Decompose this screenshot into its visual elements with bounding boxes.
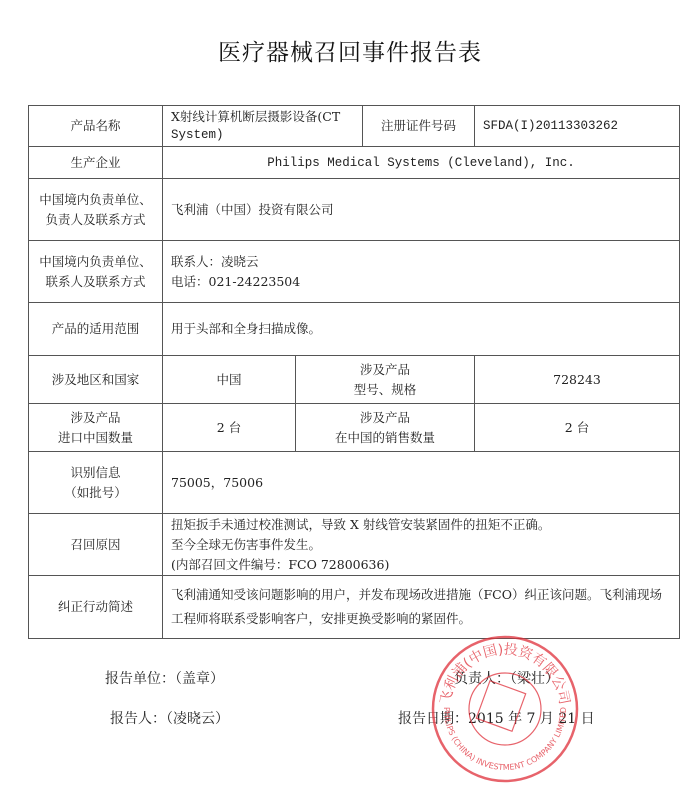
- row-contact: 中国境内负责单位、 联系人及联系方式 联系人：凌晓云 电话：021-242235…: [29, 241, 680, 303]
- import-quantity-label: 涉及产品 进口中国数量: [29, 404, 163, 452]
- reporter: 报告人：（凌晓云）: [110, 708, 229, 728]
- import-label-line1: 涉及产品: [37, 408, 154, 428]
- import-quantity-value: 2 台: [163, 404, 296, 452]
- responsible-unit-label-line1: 中国境内负责单位、: [37, 190, 154, 210]
- responsible-unit-label-line2: 负责人及联系方式: [37, 210, 154, 230]
- manufacturer-value: Philips Medical Systems (Cleveland), Inc…: [163, 147, 680, 179]
- recall-reason-line2: 至今全球无伤害事件发生。: [171, 535, 671, 555]
- contact-label-line1: 中国境内负责单位、: [37, 252, 154, 272]
- corrective-action-value: 飞利浦通知受该问题影响的用户，并发布现场改进措施（FCO）纠正该问题。飞利浦现场…: [163, 576, 680, 639]
- contact-phone: 电话：021-24223504: [171, 272, 671, 292]
- sales-quantity-label: 涉及产品 在中国的销售数量: [296, 404, 475, 452]
- recall-report-table: 产品名称 X射线计算机断层摄影设备(CT System) 注册证件号码 SFDA…: [28, 105, 680, 639]
- recall-reason-label: 召回原因: [29, 514, 163, 576]
- model-value: 728243: [475, 356, 680, 404]
- document-title: 医疗器械召回事件报告表: [0, 34, 700, 67]
- row-product-name: 产品名称 X射线计算机断层摄影设备(CT System) 注册证件号码 SFDA…: [29, 106, 680, 147]
- row-region: 涉及地区和国家 中国 涉及产品 型号、规格 728243: [29, 356, 680, 404]
- scope-label: 产品的适用范围: [29, 303, 163, 356]
- model-label-line1: 涉及产品: [304, 360, 466, 380]
- product-name-label: 产品名称: [29, 106, 163, 147]
- row-corrective-action: 纠正行动简述 飞利浦通知受该问题影响的用户，并发布现场改进措施（FCO）纠正该问…: [29, 576, 680, 639]
- recall-reason-line1: 扭矩扳手未通过校准测试，导致 X 射线管安装紧固件的扭矩不正确。: [171, 515, 671, 535]
- product-name-line1: X射线计算机断层摄影设备(CT: [171, 108, 354, 126]
- report-date: 报告日期：2015 年 7 月 21 日: [398, 708, 595, 728]
- registration-label: 注册证件号码: [363, 106, 475, 147]
- product-name-value: X射线计算机断层摄影设备(CT System): [163, 106, 363, 147]
- row-identification: 识别信息 （如批号） 75005，75006: [29, 452, 680, 514]
- responsible-person: 负责人：（梁壮）: [454, 668, 559, 688]
- corrective-action-label: 纠正行动简述: [29, 576, 163, 639]
- sales-quantity-value: 2 台: [475, 404, 680, 452]
- identification-label-line1: 识别信息: [37, 463, 154, 483]
- import-label-line2: 进口中国数量: [37, 428, 154, 448]
- product-name-line2: System): [171, 126, 354, 144]
- sales-label-line2: 在中国的销售数量: [304, 428, 466, 448]
- row-manufacturer: 生产企业 Philips Medical Systems (Cleveland)…: [29, 147, 680, 179]
- contact-value: 联系人：凌晓云 电话：021-24223504: [163, 241, 680, 303]
- responsible-unit-label: 中国境内负责单位、 负责人及联系方式: [29, 179, 163, 241]
- contact-person: 联系人：凌晓云: [171, 252, 671, 272]
- contact-label-line2: 联系人及联系方式: [37, 272, 154, 292]
- reporting-unit: 报告单位：（盖章）: [105, 668, 224, 688]
- identification-label-line2: （如批号）: [37, 483, 154, 503]
- identification-label: 识别信息 （如批号）: [29, 452, 163, 514]
- row-responsible-unit: 中国境内负责单位、 负责人及联系方式 飞利浦（中国）投资有限公司: [29, 179, 680, 241]
- manufacturer-label: 生产企业: [29, 147, 163, 179]
- responsible-unit-value: 飞利浦（中国）投资有限公司: [163, 179, 680, 241]
- registration-value: SFDA(I)20113303262: [475, 106, 680, 147]
- model-label-line2: 型号、规格: [304, 380, 466, 400]
- row-scope: 产品的适用范围 用于头部和全身扫描成像。: [29, 303, 680, 356]
- model-label: 涉及产品 型号、规格: [296, 356, 475, 404]
- recall-reason-line3: (内部召回文件编号：FCO 72800636): [171, 555, 671, 575]
- row-quantity: 涉及产品 进口中国数量 2 台 涉及产品 在中国的销售数量 2 台: [29, 404, 680, 452]
- scope-value: 用于头部和全身扫描成像。: [163, 303, 680, 356]
- region-value: 中国: [163, 356, 296, 404]
- identification-value: 75005，75006: [163, 452, 680, 514]
- row-recall-reason: 召回原因 扭矩扳手未通过校准测试，导致 X 射线管安装紧固件的扭矩不正确。 至今…: [29, 514, 680, 576]
- sales-label-line1: 涉及产品: [304, 408, 466, 428]
- recall-reason-value: 扭矩扳手未通过校准测试，导致 X 射线管安装紧固件的扭矩不正确。 至今全球无伤害…: [163, 514, 680, 576]
- region-label: 涉及地区和国家: [29, 356, 163, 404]
- contact-label: 中国境内负责单位、 联系人及联系方式: [29, 241, 163, 303]
